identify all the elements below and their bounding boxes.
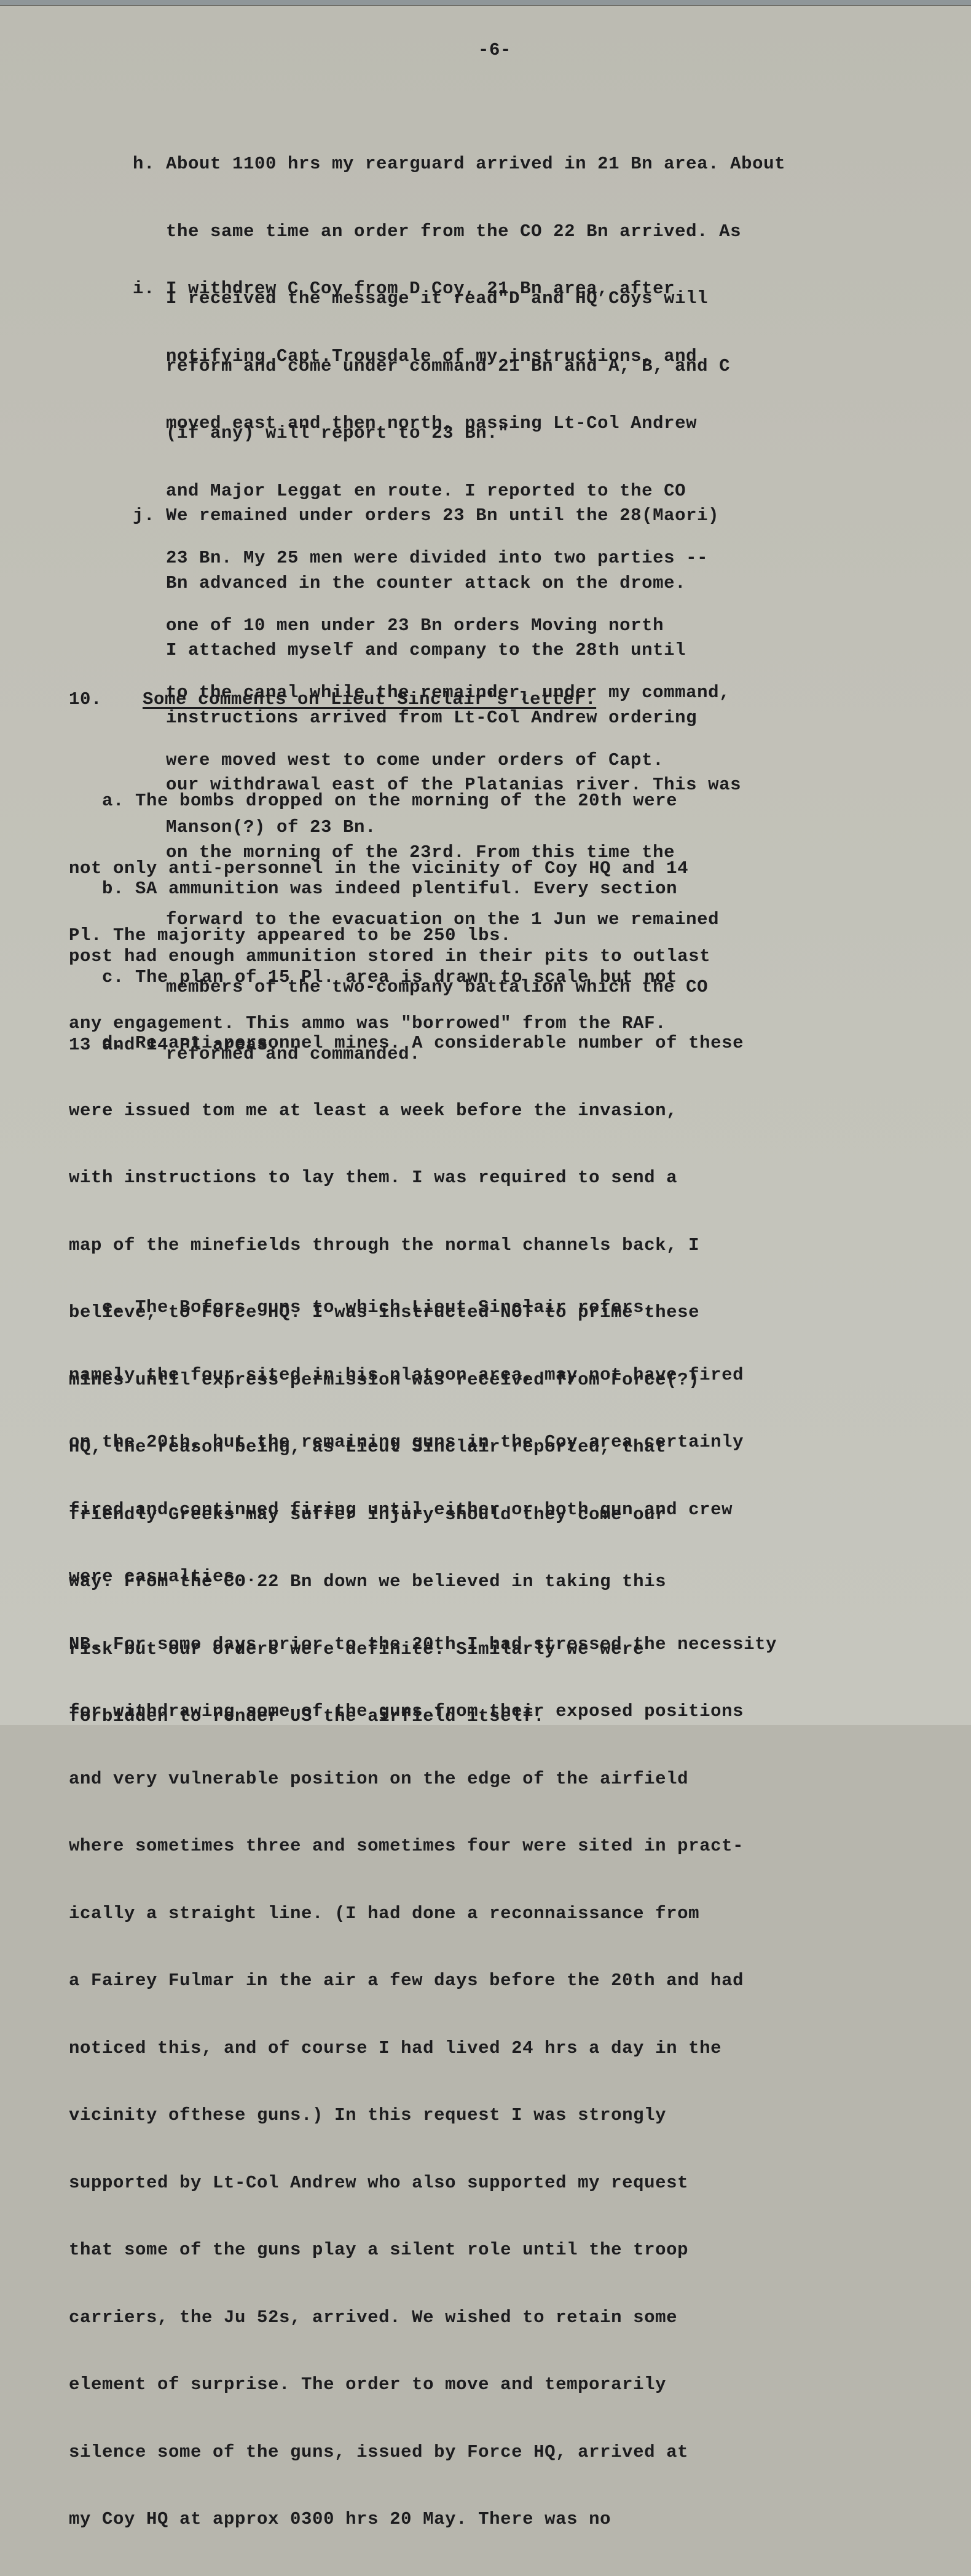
section-number: 10. [69, 689, 102, 711]
item-line: I attached myself and company to the 28t… [133, 639, 741, 662]
item-line: Bn advanced in the counter attack on the… [133, 572, 741, 595]
paragraph-line: e. The Bofors guns to which Lieut Sincla… [69, 1297, 777, 1319]
item-line: notifying Capt.Trousdale of my instructi… [133, 346, 730, 368]
typewritten-page: -6- h. About 1100 hrs my rearguard arriv… [0, 5, 971, 1724]
paragraph-line: with instructions to lay them. I was req… [69, 1167, 744, 1190]
paragraph-line: a. The bombs dropped on the morning of t… [69, 790, 688, 813]
item-line: j. We remained under orders 23 Bn until … [133, 505, 741, 527]
paragraph-line: were issued tom me at least a week befor… [69, 1100, 744, 1123]
item-line: h. About 1100 hrs my rearguard arrived i… [133, 153, 785, 176]
paragraph-line: fired and continued firing until either … [69, 1499, 777, 1522]
paragraph-line: namely the four sited in his platoon are… [69, 1364, 777, 1387]
paragraph-line: for withdrawing some of the guns from th… [69, 1701, 777, 1723]
item-line: moved east and then north, passing Lt-Co… [133, 413, 730, 435]
paragraph-line: were casualties.. [69, 1566, 777, 1589]
section-title: Some comments on Lieut Sinclair's letter… [143, 689, 596, 711]
page-number: -6- [0, 39, 971, 62]
paragraph-line: c. The plan of 15 Pl. area is drawn to s… [69, 966, 677, 989]
paragraph-line: b. SA ammunition was indeed plentiful. E… [69, 878, 710, 901]
item-line: i. I withdrew C Coy from D Coy, 21 Bn ar… [133, 278, 730, 301]
paragraph-line: NB. For some days prior to the 20th I ha… [69, 1634, 777, 1656]
paragraph-line: d. Re anti-personnel mines. A considerab… [69, 1032, 744, 1055]
paragraph-e: e. The Bofors guns to which Lieut Sincla… [69, 1252, 777, 1724]
paragraph-line: on the 20th, but the remaining guns in t… [69, 1431, 777, 1454]
